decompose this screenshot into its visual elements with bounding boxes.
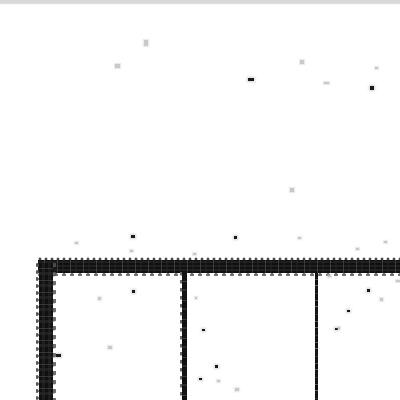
scan-speckle bbox=[195, 297, 197, 299]
scan-speckle bbox=[215, 365, 218, 368]
scan-speckle bbox=[370, 86, 374, 90]
scan-speckle bbox=[217, 380, 220, 382]
scan-speckle bbox=[131, 235, 135, 238]
scan-speckle bbox=[384, 241, 387, 243]
scan-speckle bbox=[56, 354, 61, 357]
scan-speckle bbox=[235, 388, 239, 391]
scan-speckle bbox=[298, 237, 301, 239]
scan-speckle bbox=[193, 253, 196, 255]
table-left-border bbox=[39, 263, 53, 400]
scan-speckle bbox=[367, 289, 370, 292]
scan-speckle bbox=[338, 327, 340, 329]
scanned-document-page bbox=[0, 0, 400, 400]
scan-speckle bbox=[347, 310, 350, 312]
scan-speckle bbox=[115, 64, 120, 68]
scan-speckle bbox=[199, 378, 202, 380]
table-top-border bbox=[38, 260, 400, 273]
scan-speckle bbox=[328, 275, 331, 277]
scanner-edge-artifact bbox=[0, 0, 400, 3]
scan-speckle bbox=[290, 188, 294, 192]
scan-speckle bbox=[98, 297, 101, 300]
scan-speckle bbox=[396, 280, 400, 282]
table-column-divider-1 bbox=[182, 272, 187, 400]
scan-speckle bbox=[144, 40, 148, 46]
scan-speckle bbox=[380, 298, 383, 301]
scan-speckle bbox=[375, 67, 378, 69]
scan-speckle bbox=[108, 346, 112, 349]
scan-speckle bbox=[300, 60, 304, 64]
scan-speckle bbox=[324, 82, 329, 84]
scan-speckle bbox=[202, 329, 205, 331]
scan-speckle bbox=[234, 236, 237, 239]
scan-speckle bbox=[248, 78, 254, 81]
scan-speckle bbox=[130, 250, 133, 252]
table-column-divider-2 bbox=[315, 273, 318, 400]
scan-speckle bbox=[132, 290, 135, 293]
scan-speckle bbox=[356, 248, 359, 250]
scan-speckle bbox=[75, 242, 78, 244]
